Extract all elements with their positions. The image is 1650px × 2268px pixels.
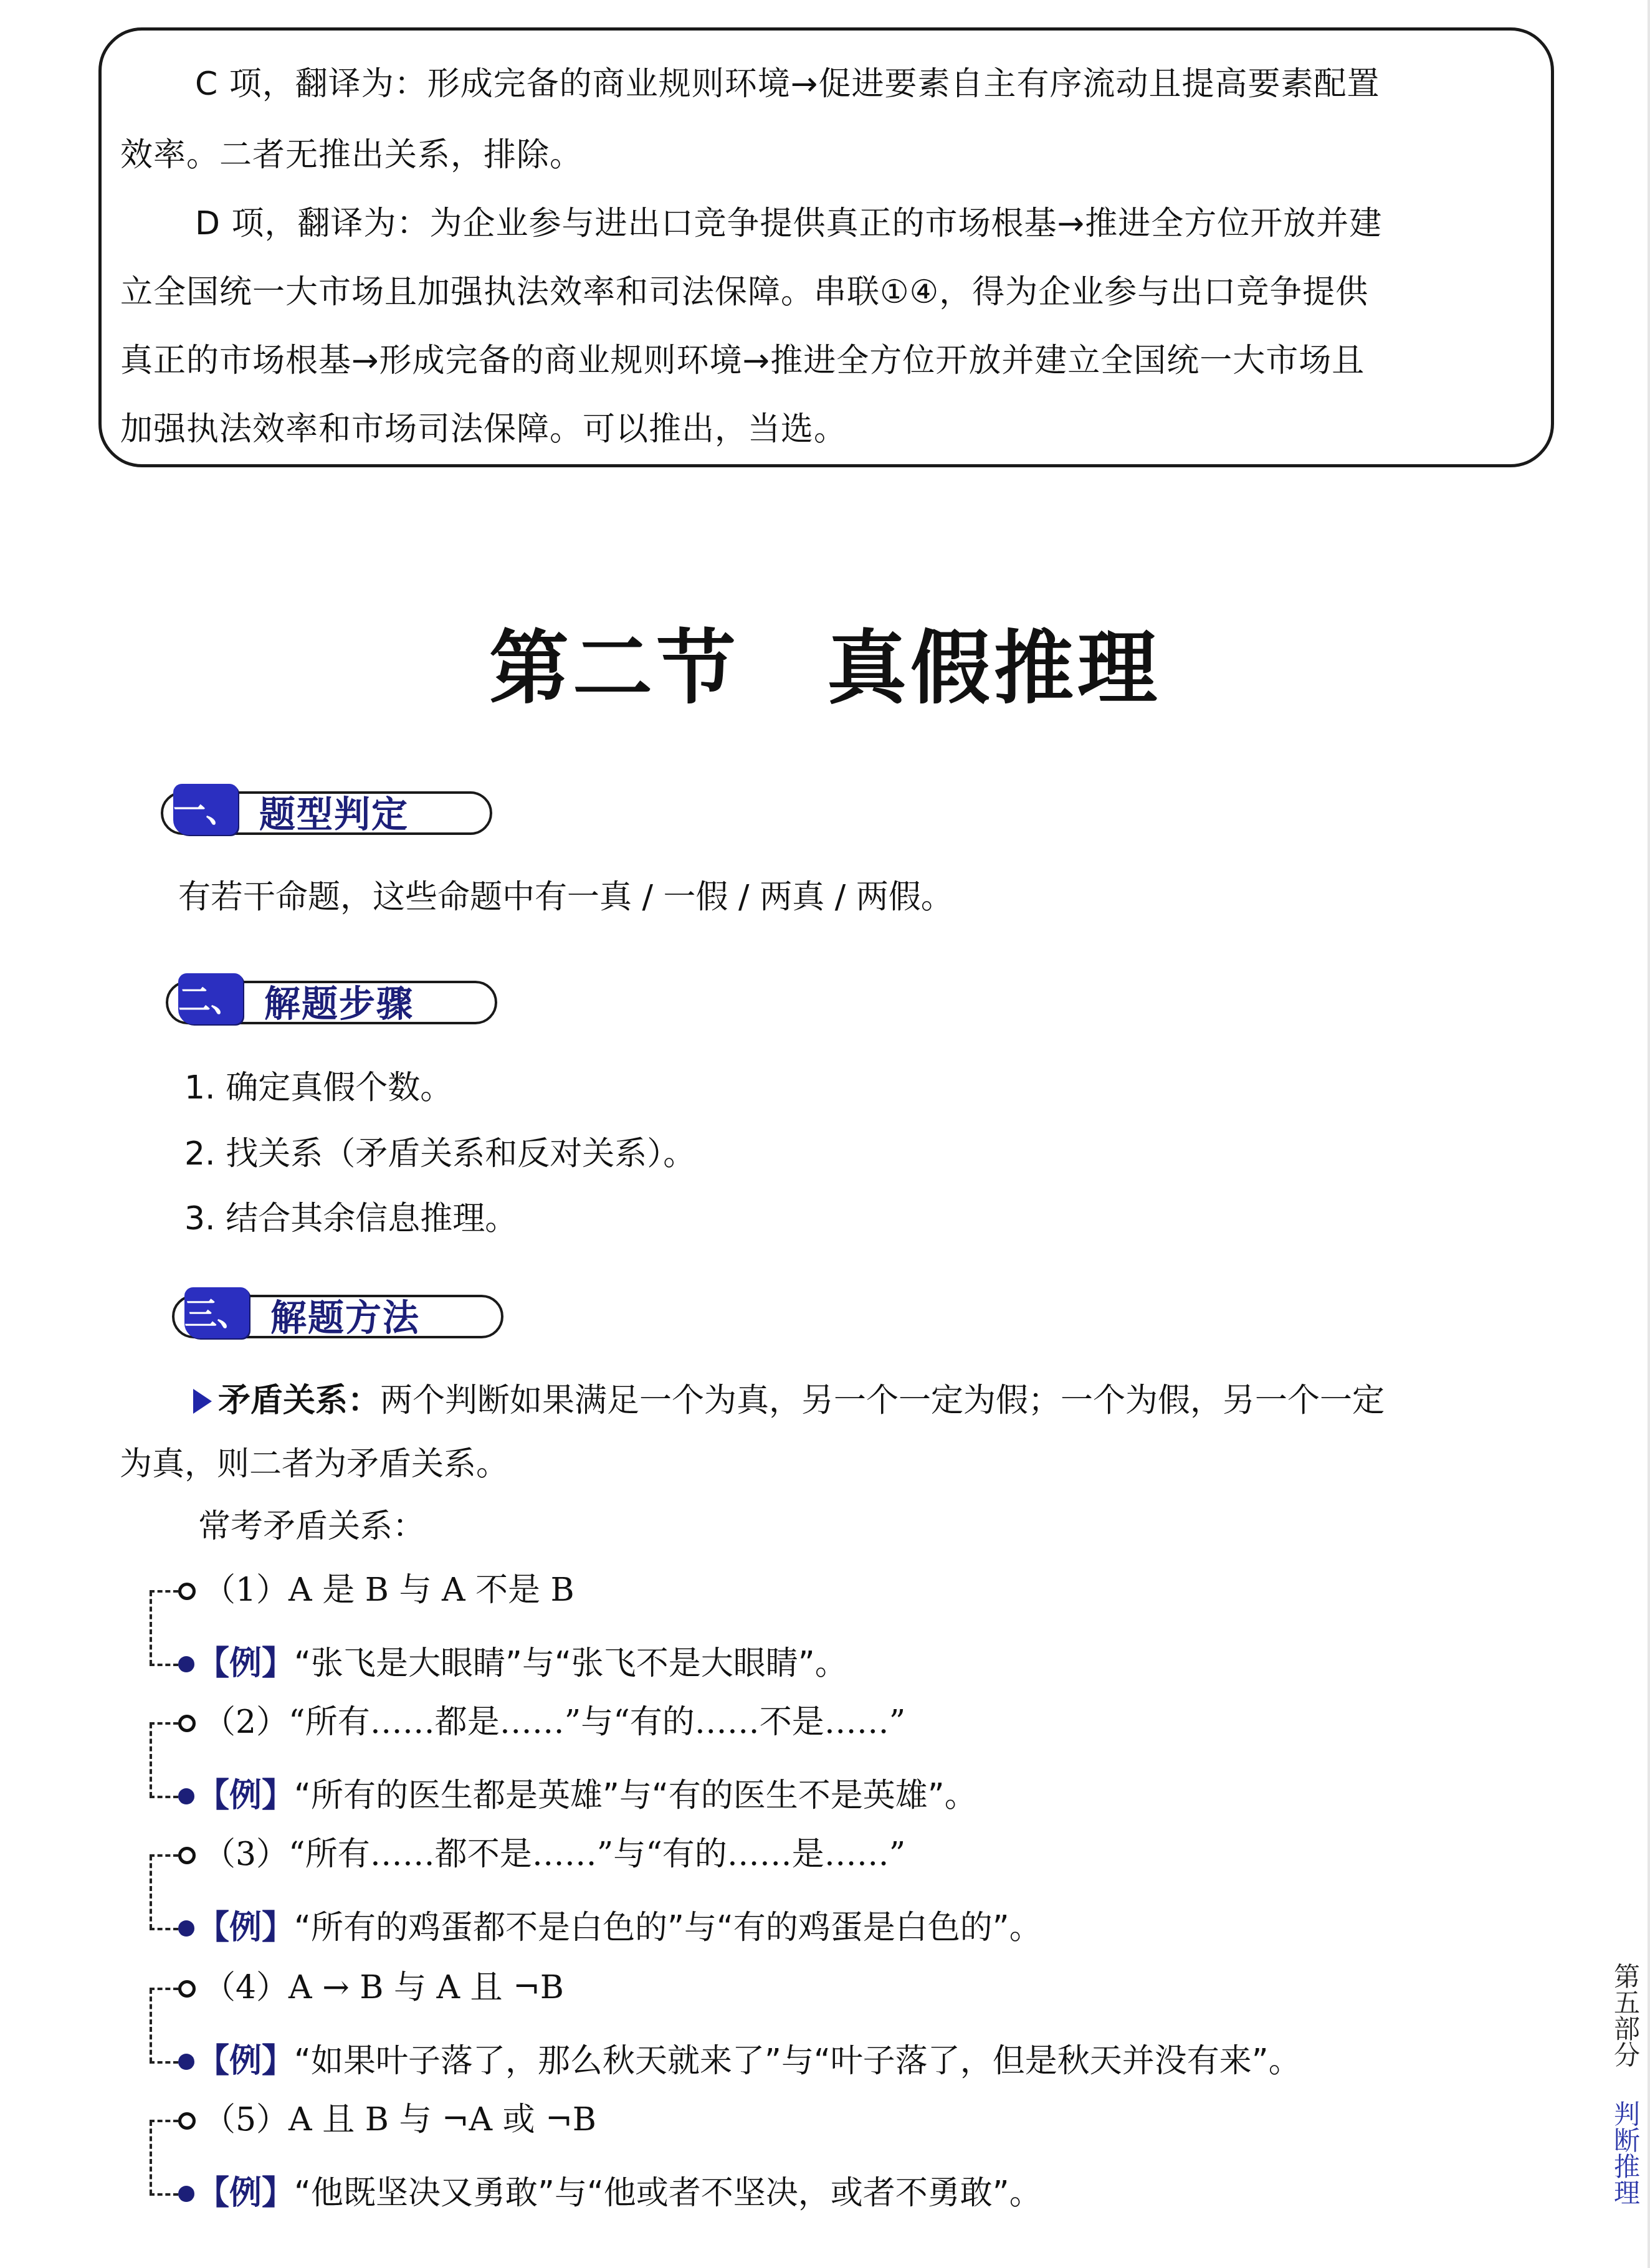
hollow-circle-icon bbox=[178, 1715, 196, 1732]
step-3: 3. 结合其余信息推理。 bbox=[184, 1200, 517, 1237]
side-tab-part: 第五部分 bbox=[1610, 1963, 1641, 2067]
section-badge-type: 一、 题型判定 bbox=[161, 784, 492, 835]
dashed-connector bbox=[150, 1989, 152, 2062]
hollow-circle-icon bbox=[178, 1847, 196, 1864]
title-section-number: 第二节 bbox=[489, 622, 740, 715]
relation-example: 【例】“张飞是大眼睛”与“张飞不是大眼睛”。 bbox=[197, 1644, 847, 1684]
page-title: 第二节真假推理 bbox=[0, 604, 1650, 719]
example-tag: 【例】 bbox=[197, 1909, 294, 1946]
relation-item-1: （1）A 是 B 与 A 不是 B 【例】“张飞是大眼睛”与“张飞不是大眼睛”。 bbox=[150, 1570, 1583, 1701]
connector-top bbox=[150, 1988, 178, 1990]
connector-bottom bbox=[150, 1664, 178, 1666]
badge-number: 二、 bbox=[178, 973, 243, 1024]
page-edge bbox=[1648, 0, 1650, 2268]
badge-label: 题型判定 bbox=[259, 793, 409, 836]
dashed-connector bbox=[150, 1723, 152, 1797]
relation-example: 【例】“所有的鸡蛋都不是白色的”与“有的鸡蛋是白色的”。 bbox=[197, 1908, 1042, 1948]
connector-bottom bbox=[150, 1928, 178, 1930]
side-tab-chapter: 判断推理 bbox=[1610, 2100, 1641, 2205]
connector-bottom bbox=[150, 1796, 178, 1798]
dashed-connector bbox=[150, 1591, 152, 1665]
filled-circle-icon bbox=[178, 2054, 194, 2070]
box-line-2: 效率。二者无推出关系，排除。 bbox=[120, 136, 583, 174]
section-badge-method: 三、 解题方法 bbox=[172, 1287, 503, 1338]
contradiction-term: 矛盾关系： bbox=[218, 1382, 380, 1419]
example-tag: 【例】 bbox=[197, 2042, 294, 2080]
relation-item-5: （5）A 且 B 与 ¬A 或 ¬B 【例】“他既坚决又勇敢”与“他或者不坚决，… bbox=[150, 2100, 1583, 2231]
badge-label: 解题步骤 bbox=[264, 982, 414, 1026]
connector-top bbox=[150, 1590, 178, 1593]
dashed-connector bbox=[150, 1856, 152, 1929]
connector-top bbox=[150, 1722, 178, 1725]
step-2: 2. 找关系（矛盾关系和反对关系）。 bbox=[184, 1135, 695, 1173]
badge-label: 解题方法 bbox=[270, 1296, 420, 1340]
relation-rule: （4）A → B 与 A 且 ¬B bbox=[203, 1968, 564, 2008]
relation-rule: （5）A 且 B 与 ¬A 或 ¬B bbox=[203, 2100, 596, 2140]
contradiction-definition: 矛盾关系：两个判断如果满足一个为真，另一个一定为假；一个为假，另一个一定 bbox=[193, 1382, 1385, 1419]
title-section-name: 真假推理 bbox=[827, 622, 1161, 715]
definition-line-2: 为真，则二者为矛盾关系。 bbox=[120, 1446, 508, 1483]
example-tag: 【例】 bbox=[197, 1645, 294, 1682]
example-tag: 【例】 bbox=[197, 2175, 294, 2212]
relation-example: 【例】“如果叶子落了，那么秋天就来了”与“叶子落了，但是秋天并没有来”。 bbox=[197, 2041, 1301, 2081]
example-text: “如果叶子落了，那么秋天就来了”与“叶子落了，但是秋天并没有来”。 bbox=[294, 2042, 1301, 2080]
relation-rule: （1）A 是 B 与 A 不是 B bbox=[203, 1570, 575, 1610]
relation-example: 【例】“所有的医生都是英雄”与“有的医生不是英雄”。 bbox=[197, 1776, 977, 1816]
box-line-3: D 项，翻译为：为企业参与进出口竞争提供真正的市场根基→推进全方位开放并建 bbox=[195, 205, 1382, 242]
relation-rule: （3）“所有……都不是……”与“有的……是……” bbox=[203, 1834, 905, 1874]
filled-circle-icon bbox=[178, 1656, 194, 1672]
filled-circle-icon bbox=[178, 2186, 194, 2202]
example-tag: 【例】 bbox=[197, 1777, 294, 1814]
example-text: “所有的医生都是英雄”与“有的医生不是英雄”。 bbox=[294, 1777, 977, 1814]
example-text: “所有的鸡蛋都不是白色的”与“有的鸡蛋是白色的”。 bbox=[294, 1909, 1042, 1946]
hollow-circle-icon bbox=[178, 1980, 196, 1998]
connector-top bbox=[150, 1854, 178, 1857]
badge-number: 一、 bbox=[173, 784, 238, 835]
connector-top bbox=[150, 2120, 178, 2122]
relation-item-4: （4）A → B 与 A 且 ¬B 【例】“如果叶子落了，那么秋天就来了”与“叶… bbox=[150, 1968, 1583, 2099]
box-line-4: 立全国统一大市场且加强执法效率和司法保障。串联①④，得为企业参与出口竞争提供 bbox=[120, 274, 1368, 311]
filled-circle-icon bbox=[178, 1920, 194, 1937]
example-text: “他既坚决又勇敢”与“他或者不坚决，或者不勇敢”。 bbox=[294, 2175, 1042, 2212]
section-badge-steps: 二、 解题步骤 bbox=[166, 973, 497, 1024]
type-description: 有若干命题，这些命题中有一真 / 一假 / 两真 / 两假。 bbox=[178, 879, 953, 916]
answer-explanation-box: C 项，翻译为：形成完备的商业规则环境→促进要素自主有序流动且提高要素配置 效率… bbox=[98, 27, 1554, 467]
side-chapter-tab: 第五部分 判断推理 bbox=[1609, 1963, 1640, 2205]
example-text: “张飞是大眼睛”与“张飞不是大眼睛”。 bbox=[294, 1645, 847, 1682]
filled-circle-icon bbox=[178, 1788, 194, 1804]
relation-example: 【例】“他既坚决又勇敢”与“他或者不坚决，或者不勇敢”。 bbox=[197, 2173, 1042, 2213]
box-line-6: 加强执法效率和市场司法保障。可以推出，当选。 bbox=[120, 411, 847, 448]
badge-number: 三、 bbox=[184, 1287, 249, 1338]
box-line-1: C 项，翻译为：形成完备的商业规则环境→促进要素自主有序流动且提高要素配置 bbox=[195, 65, 1380, 103]
connector-bottom bbox=[150, 2193, 178, 2196]
relation-rule: （2）“所有……都是……”与“有的……不是……” bbox=[203, 1702, 905, 1742]
connector-bottom bbox=[150, 2061, 178, 2064]
step-1: 1. 确定真假个数。 bbox=[184, 1069, 452, 1107]
common-relations-label: 常考矛盾关系： bbox=[198, 1508, 425, 1545]
definition-line-1: 两个判断如果满足一个为真，另一个一定为假；一个为假，另一个一定 bbox=[380, 1382, 1385, 1419]
relation-item-2: （2）“所有……都是……”与“有的……不是……” 【例】“所有的医生都是英雄”与… bbox=[150, 1702, 1583, 1833]
dashed-connector bbox=[150, 2121, 152, 2194]
box-line-5: 真正的市场根基→形成完备的商业规则环境→推进全方位开放并建立全国统一大市场且 bbox=[120, 342, 1365, 379]
hollow-circle-icon bbox=[178, 2112, 196, 2130]
relation-item-3: （3）“所有……都不是……”与“有的……是……” 【例】“所有的鸡蛋都不是白色的… bbox=[150, 1834, 1583, 1965]
hollow-circle-icon bbox=[178, 1583, 196, 1600]
triangle-bullet-icon bbox=[193, 1389, 212, 1414]
